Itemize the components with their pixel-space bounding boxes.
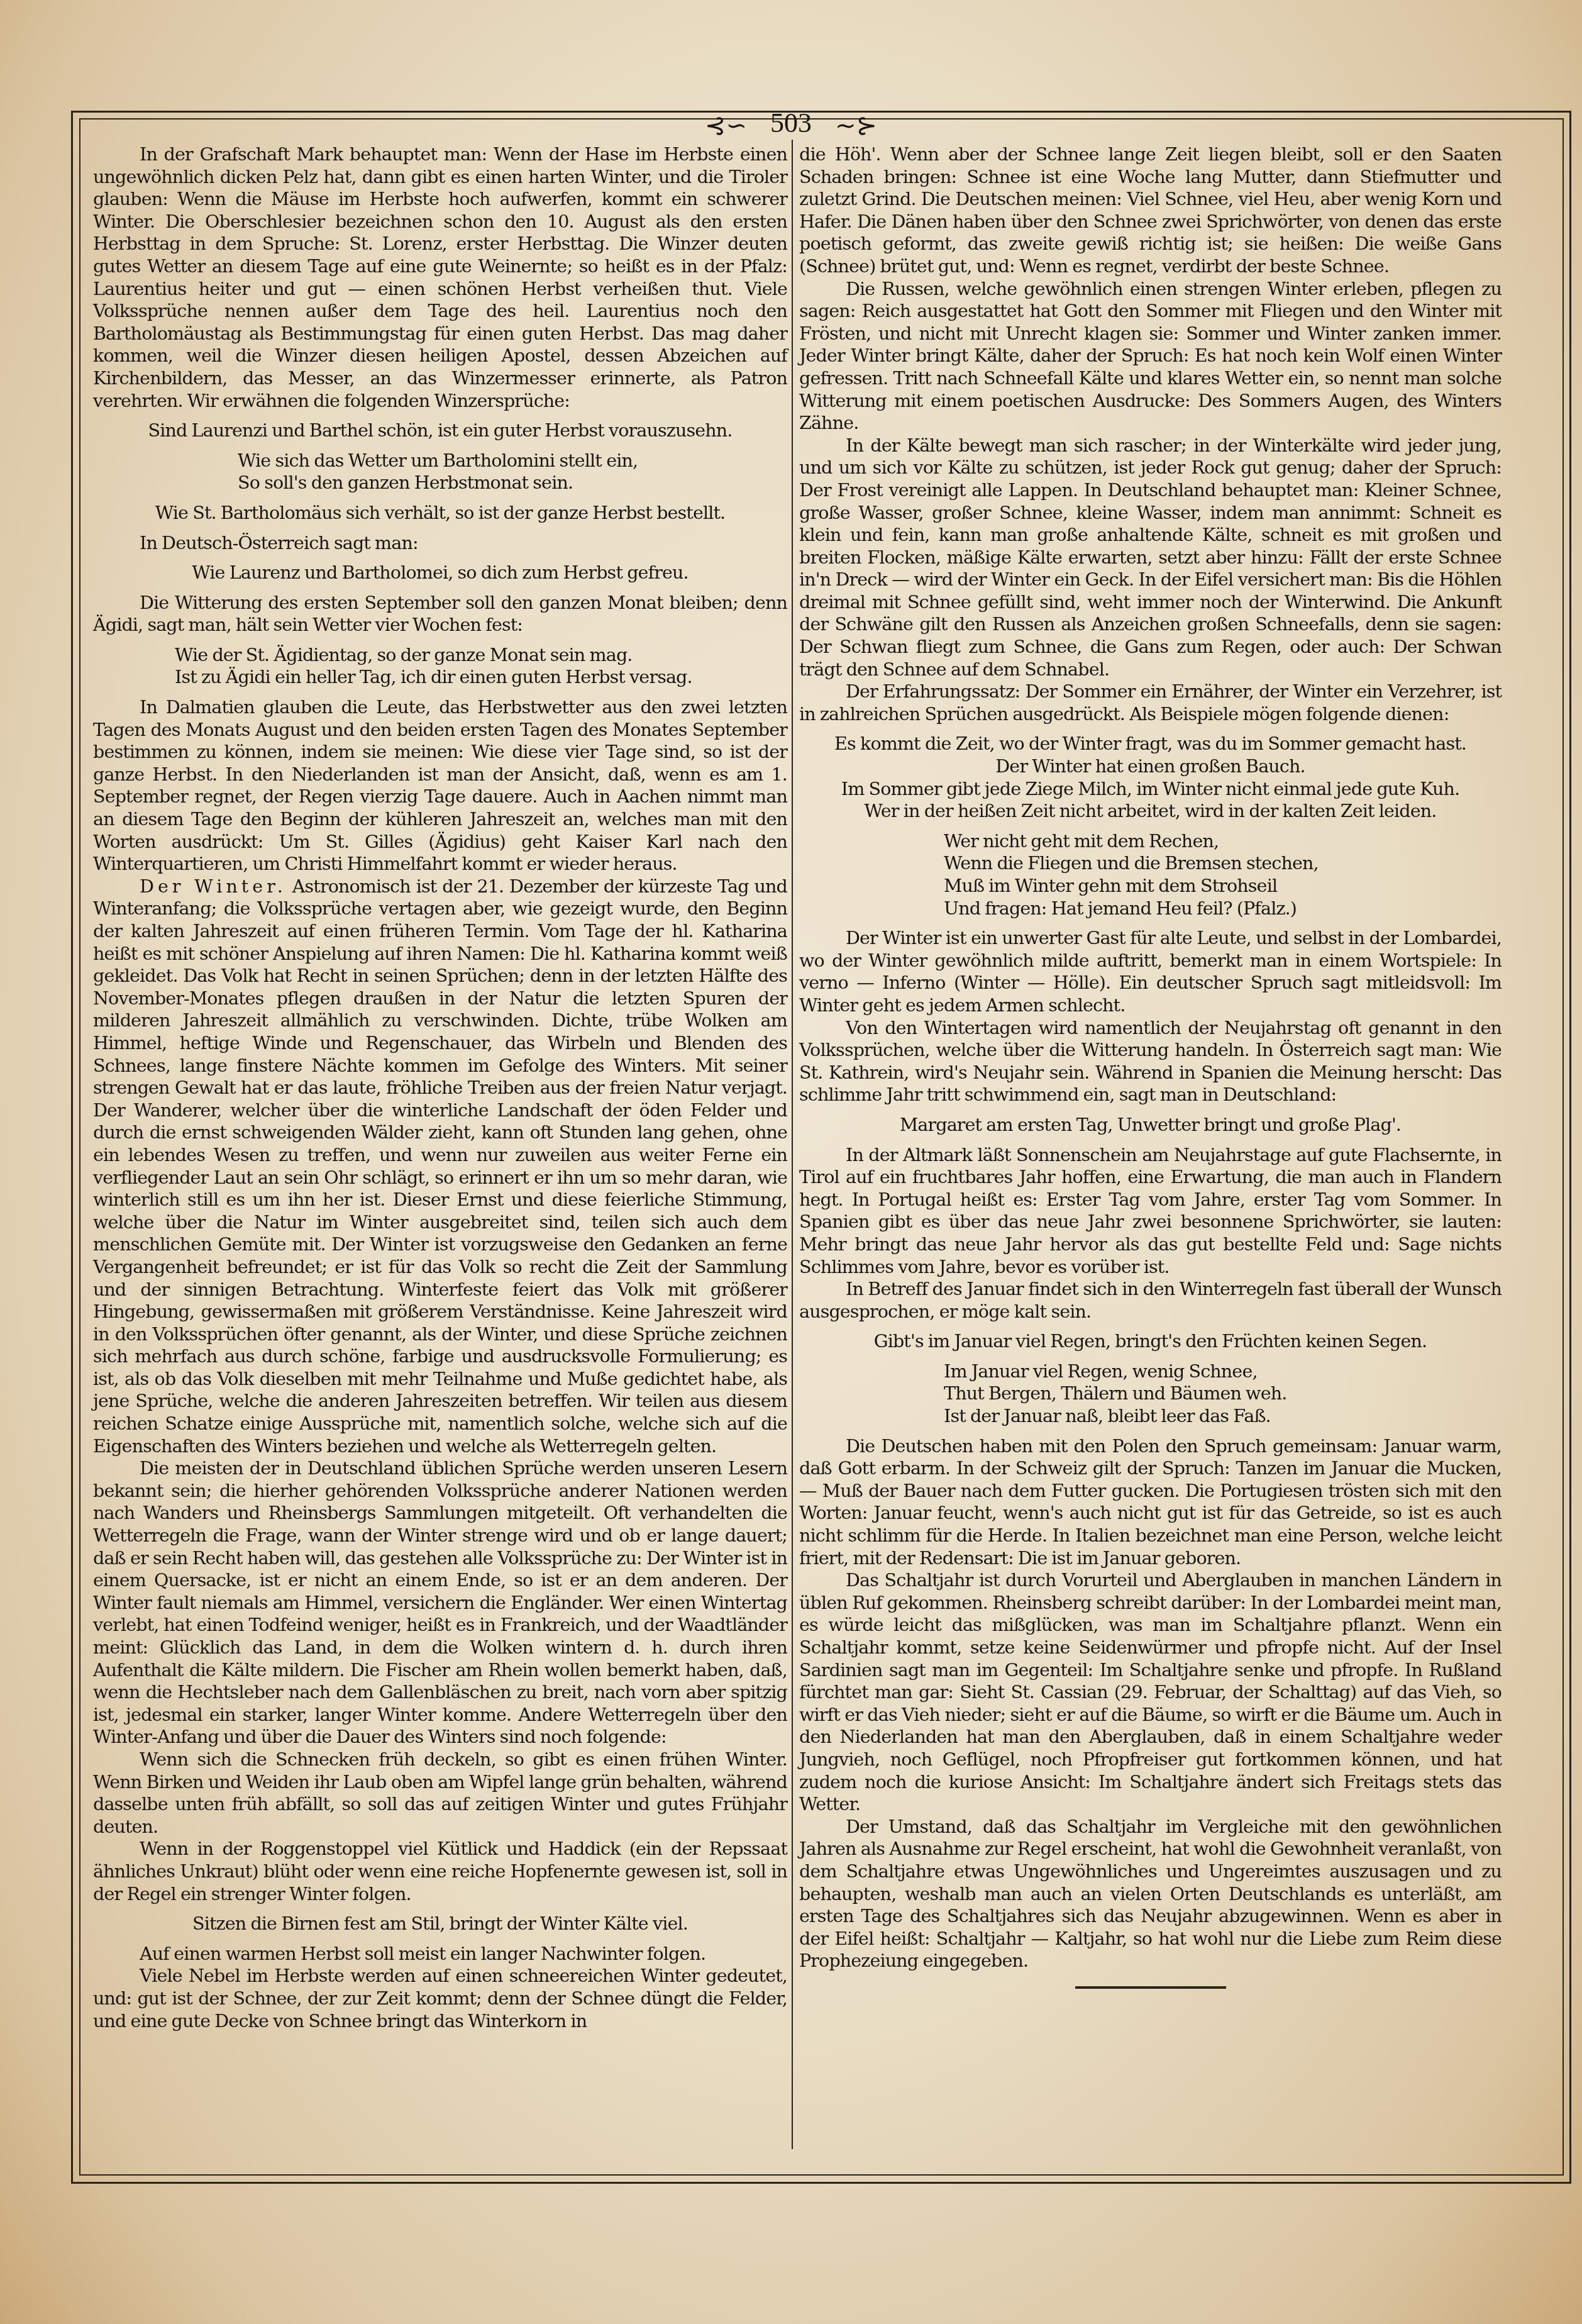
verse: Margaret am ersten Tag, Unwetter bringt … [799, 1114, 1502, 1137]
verse: Es kommt die Zeit, wo der Winter fragt, … [799, 733, 1502, 822]
paragraph: Die meisten der in Deutschland üblichen … [93, 1457, 787, 1749]
paragraph: die Höh'. Wenn aber der Schnee lange Zei… [799, 143, 1502, 278]
verse-line: Sind Laurenzi und Barthel schön, ist ein… [93, 420, 787, 442]
verse: Wer nicht geht mit dem Rechen, Wenn die … [799, 830, 1502, 920]
paragraph: In Deutsch-Österreich sagt man: [93, 532, 787, 555]
paragraph: Der Erfahrungssatz: Der Sommer ein Ernäh… [799, 681, 1502, 725]
verse-line: Wie der St. Ägidientag, so der ganze Mon… [93, 644, 787, 667]
paragraph: In der Altmark läßt Sonnenschein am Neuj… [799, 1144, 1502, 1279]
page-number: 503 [770, 108, 812, 138]
verse: Gibt's im Januar viel Regen, bringt's de… [799, 1330, 1502, 1353]
verse-line: Im Sommer gibt jede Ziege Milch, im Wint… [799, 778, 1502, 801]
verse-line: Muß im Winter gehn mit dem Strohseil [799, 875, 1502, 898]
verse-line: Thut Bergen, Thälern und Bäumen weh. [799, 1382, 1502, 1405]
paragraph: In Betreff des Januar findet sich in den… [799, 1278, 1502, 1323]
section-heading: Der Winter. [140, 876, 287, 897]
verse-line: Im Januar viel Regen, wenig Schnee, [799, 1360, 1502, 1383]
verse-line: Margaret am ersten Tag, Unwetter bringt … [799, 1114, 1502, 1137]
verse-line: Wie sich das Wetter um Bartholomini stel… [93, 450, 787, 472]
verse-line: Es kommt die Zeit, wo der Winter fragt, … [799, 733, 1502, 755]
paragraph: In der Kälte bewegt man sich rascher; in… [799, 435, 1502, 681]
ornament-left-icon: ⊰∽ [705, 108, 747, 143]
verse-line: Wer nicht geht mit dem Rechen, [799, 830, 1502, 853]
verse-line: Wie Laurenz und Bartholomei, so dich zum… [93, 562, 787, 584]
ornament-right-icon: ∼⊱ [835, 108, 877, 143]
paragraph-winter: Der Winter. Astronomisch ist der 21. Dez… [93, 876, 787, 1457]
paragraph-text: Astronomisch ist der 21. Dezember der kü… [93, 876, 787, 1457]
paragraph: Die Deutschen haben mit den Polen den Sp… [799, 1435, 1502, 1570]
column-divider [792, 140, 793, 2149]
paragraph: Auf einen warmen Herbst soll meist ein l… [93, 1943, 787, 1965]
verse: Wie sich das Wetter um Bartholomini stel… [93, 450, 787, 494]
verse-line: So soll's den ganzen Herbstmonat sein. [93, 472, 787, 494]
left-column: In der Grafschaft Mark behauptet man: We… [93, 143, 787, 2032]
paragraph: In Dalmatien glauben die Leute, das Herb… [93, 696, 787, 876]
verse: Im Januar viel Regen, wenig Schnee, Thut… [799, 1360, 1502, 1428]
paragraph: Der Umstand, daß das Schaltjahr im Vergl… [799, 1816, 1502, 1972]
verse-line: Wenn die Fliegen und die Bremsen stechen… [799, 852, 1502, 875]
right-column: die Höh'. Wenn aber der Schnee lange Zei… [799, 143, 1502, 1989]
verse: Wie Laurenz und Bartholomei, so dich zum… [93, 562, 787, 584]
verse-line: Wer in der heißen Zeit nicht arbeitet, w… [799, 800, 1502, 823]
paragraph: In der Grafschaft Mark behauptet man: We… [93, 143, 787, 412]
verse: Sitzen die Birnen fest am Stil, bringt d… [93, 1913, 787, 1935]
paragraph: Wenn sich die Schnecken früh deckeln, so… [93, 1749, 787, 1838]
page-header: ⊰∽ 503 ∼⊱ [0, 106, 1582, 143]
verse: Sind Laurenzi und Barthel schön, ist ein… [93, 420, 787, 442]
paragraph: Der Winter ist ein unwerter Gast für alt… [799, 927, 1502, 1016]
paragraph: Von den Wintertagen wird namentlich der … [799, 1017, 1502, 1106]
paragraph: Die Russen, welche gewöhnlich einen stre… [799, 278, 1502, 435]
paragraph: Wenn in der Roggenstoppel viel Kütlick u… [93, 1838, 787, 1905]
paragraph: Viele Nebel im Herbste werden auf einen … [93, 1965, 787, 2032]
end-rule [1075, 1986, 1226, 1989]
verse-line: Gibt's im Januar viel Regen, bringt's de… [799, 1330, 1502, 1353]
paragraph: Das Schaltjahr ist durch Vorurteil und A… [799, 1569, 1502, 1816]
verse: Wie der St. Ägidientag, so der ganze Mon… [93, 644, 787, 689]
verse-line: Sitzen die Birnen fest am Stil, bringt d… [93, 1913, 787, 1935]
verse: Wie St. Bartholomäus sich verhält, so is… [93, 502, 787, 525]
verse-line: Ist zu Ägidi ein heller Tag, ich dir ein… [93, 666, 787, 689]
verse-line: Und fragen: Hat jemand Heu feil? (Pfalz.… [799, 898, 1502, 920]
paragraph: Die Witterung des ersten September soll … [93, 592, 787, 637]
verse-line: Ist der Januar naß, bleibt leer das Faß. [799, 1405, 1502, 1428]
verse-line: Der Winter hat einen großen Bauch. [799, 755, 1502, 778]
verse-line: Wie St. Bartholomäus sich verhält, so is… [93, 502, 787, 525]
